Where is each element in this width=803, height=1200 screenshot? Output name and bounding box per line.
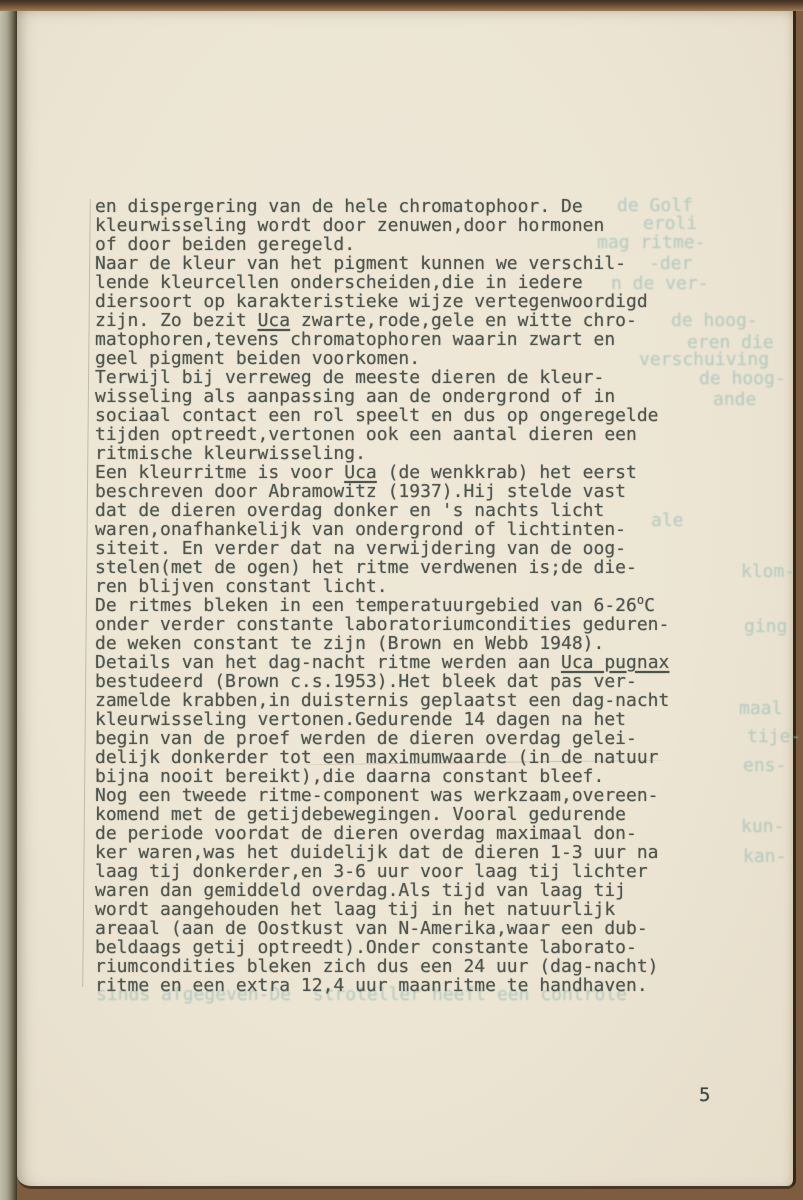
text-line: ritme en een extra 12,4 uur maanritme te… (95, 976, 755, 995)
text-segment: of door beiden geregeld. (95, 234, 355, 255)
text-segment: Een kleurritme is voor (95, 462, 344, 483)
text-line: waren dan gemiddeld overdag.Als tijd van… (95, 881, 755, 900)
text-segment: diersoort op karakteristieke wijze verte… (95, 291, 648, 312)
typewritten-text: en dispergering van de hele chromatophoo… (95, 197, 755, 995)
text-line: komend met de getijdebewegingen. Vooral … (95, 805, 755, 824)
text-segment: beldaags getij optreedt).Onder constante… (95, 937, 637, 958)
text-segment: waren,onafhankelijk van ondergrond of li… (95, 519, 626, 540)
text-line: geel pigment beiden voorkomen. (95, 349, 755, 368)
text-line: bestudeerd (Brown c.s.1953).Het bleek da… (95, 672, 755, 691)
text-line: dat de dieren overdag donker en 's nacht… (95, 501, 755, 520)
text-segment: (de wenkkrab) het eerst (377, 462, 637, 483)
text-segment: matophoren,tevens chromatophoren waarin … (95, 329, 615, 350)
frame-top-border (0, 0, 803, 11)
text-line: laag tij donkerder,en 3-6 uur voor laag … (95, 862, 755, 881)
text-segment: C (644, 595, 655, 616)
text-segment: lende kleurcellen onderscheiden,die in i… (95, 272, 583, 293)
text-line: beschreven door Abramowitz (1937).Hij st… (95, 482, 755, 501)
text-segment: sociaal contact een rol speelt en dus op… (95, 405, 659, 426)
text-segment: zamelde krabben,in duisternis geplaatst … (95, 690, 669, 711)
text-line: begin van de proef werden de dieren over… (95, 729, 755, 748)
text-segment: kleurwisseling vertonen.Gedurende 14 dag… (95, 709, 626, 730)
text-line: ritmische kleurwisseling. (95, 444, 755, 463)
text-segment: ritme en een extra 12,4 uur maanritme te… (95, 975, 648, 996)
text-line: en dispergering van de hele chromatophoo… (95, 197, 755, 216)
text-line: Details van het dag-nacht ritme werden a… (95, 653, 755, 672)
text-line: stelen(met de ogen) het ritme verdwenen … (95, 558, 755, 577)
text-segment: Uca pugnax (561, 652, 669, 673)
book-spine (0, 0, 17, 1200)
text-segment: kleurwisseling wordt door zenuwen,door h… (95, 215, 604, 236)
text-segment: delijk donkerder tot een maximumwaarde (… (95, 747, 659, 768)
text-segment: komend met de getijdebewegingen. Vooral … (95, 804, 626, 825)
text-line: wisseling als aanpassing aan de ondergro… (95, 387, 755, 406)
text-segment: ker waren,was het duidelijk dat de diere… (95, 842, 659, 863)
text-line: de periode voordat de dieren overdag max… (95, 824, 755, 843)
text-segment: bijna nooit bereikt),die daarna constant… (95, 766, 604, 787)
text-segment: zijn. Zo bezit (95, 310, 258, 331)
text-segment: Uca (258, 310, 291, 331)
text-line: bijna nooit bereikt),die daarna constant… (95, 767, 755, 786)
text-line: beldaags getij optreedt).Onder constante… (95, 938, 755, 957)
text-line: tijden optreedt,vertonen ook een aantal … (95, 425, 755, 444)
text-segment: zwarte,rode,gele en witte chro- (290, 310, 637, 331)
text-segment: Details van het dag-nacht ritme werden a… (95, 652, 561, 673)
text-line: onder verder constante laboratoriumcondi… (95, 615, 755, 634)
text-line: Terwijl bij verreweg de meeste dieren de… (95, 368, 755, 387)
text-line: Nog een tweede ritme-component was werkz… (95, 786, 755, 805)
text-segment: de weken constant te zijn (Brown en Webb… (95, 633, 604, 654)
text-segment: riumcondities bleken zich dus een 24 uur… (95, 956, 659, 977)
text-segment: geel pigment beiden voorkomen. (95, 348, 420, 369)
text-segment: tijden optreedt,vertonen ook een aantal … (95, 424, 637, 445)
text-line: zijn. Zo bezit Uca zwarte,rode,gele en w… (95, 311, 755, 330)
text-line: sociaal contact een rol speelt en dus op… (95, 406, 755, 425)
text-line: matophoren,tevens chromatophoren waarin … (95, 330, 755, 349)
text-line: kleurwisseling wordt door zenuwen,door h… (95, 216, 755, 235)
page-number: 5 (699, 1084, 710, 1106)
text-segment: bestudeerd (Brown c.s.1953).Het bleek da… (95, 671, 637, 692)
text-line: zamelde krabben,in duisternis geplaatst … (95, 691, 755, 710)
text-segment: wordt aangehouden het laag tij in het na… (95, 899, 615, 920)
text-line: kleurwisseling vertonen.Gedurende 14 dag… (95, 710, 755, 729)
text-line: Een kleurritme is voor Uca (de wenkkrab)… (95, 463, 755, 482)
text-segment: beschreven door Abramowitz (1937).Hij st… (95, 481, 626, 502)
text-line: de weken constant te zijn (Brown en Webb… (95, 634, 755, 653)
text-segment: areaal (aan de Oostkust van N-Amerika,wa… (95, 918, 648, 939)
text-line: riumcondities bleken zich dus een 24 uur… (95, 957, 755, 976)
text-line: of door beiden geregeld. (95, 235, 755, 254)
text-segment: Terwijl bij verreweg de meeste dieren de… (95, 367, 604, 388)
text-line: ker waren,was het duidelijk dat de diere… (95, 843, 755, 862)
text-segment: wisseling als aanpassing aan de ondergro… (95, 386, 615, 407)
text-segment: ren blijven constant licht. (95, 576, 388, 597)
text-segment: onder verder constante laboratoriumcondi… (95, 614, 669, 635)
text-segment: Uca (344, 462, 377, 483)
text-line: siteit. En verder dat na verwijdering va… (95, 539, 755, 558)
text-line: lende kleurcellen onderscheiden,die in i… (95, 273, 755, 292)
text-segment: ritmische kleurwisseling. (95, 443, 366, 464)
text-segment: waren dan gemiddeld overdag.Als tijd van… (95, 880, 626, 901)
text-segment: Nog een tweede ritme-component was werkz… (95, 785, 659, 806)
text-segment: Naar de kleur van het pigment kunnen we … (95, 253, 626, 274)
text-line: areaal (aan de Oostkust van N-Amerika,wa… (95, 919, 755, 938)
text-line: wordt aangehouden het laag tij in het na… (95, 900, 755, 919)
text-segment: de periode voordat de dieren overdag max… (95, 823, 637, 844)
text-segment: begin van de proef werden de dieren over… (95, 728, 637, 749)
text-segment: stelen(met de ogen) het ritme verdwenen … (95, 557, 637, 578)
text-line: Naar de kleur van het pigment kunnen we … (95, 254, 755, 273)
text-segment: laag tij donkerder,en 3-6 uur voor laag … (95, 861, 648, 882)
text-line: ren blijven constant licht. (95, 577, 755, 596)
text-segment: en dispergering van de hele chromatophoo… (95, 196, 583, 217)
text-segment: siteit. En verder dat na verwijdering va… (95, 538, 626, 559)
text-line: delijk donkerder tot een maximumwaarde (… (95, 748, 755, 767)
text-segment: o (637, 593, 644, 607)
text-segment: De ritmes bleken in een temperatuurgebie… (95, 595, 637, 616)
text-line: De ritmes bleken in een temperatuurgebie… (95, 596, 755, 615)
text-segment: dat de dieren overdag donker en 's nacht… (95, 500, 604, 521)
text-line: diersoort op karakteristieke wijze verte… (95, 292, 755, 311)
text-line: waren,onafhankelijk van ondergrond of li… (95, 520, 755, 539)
